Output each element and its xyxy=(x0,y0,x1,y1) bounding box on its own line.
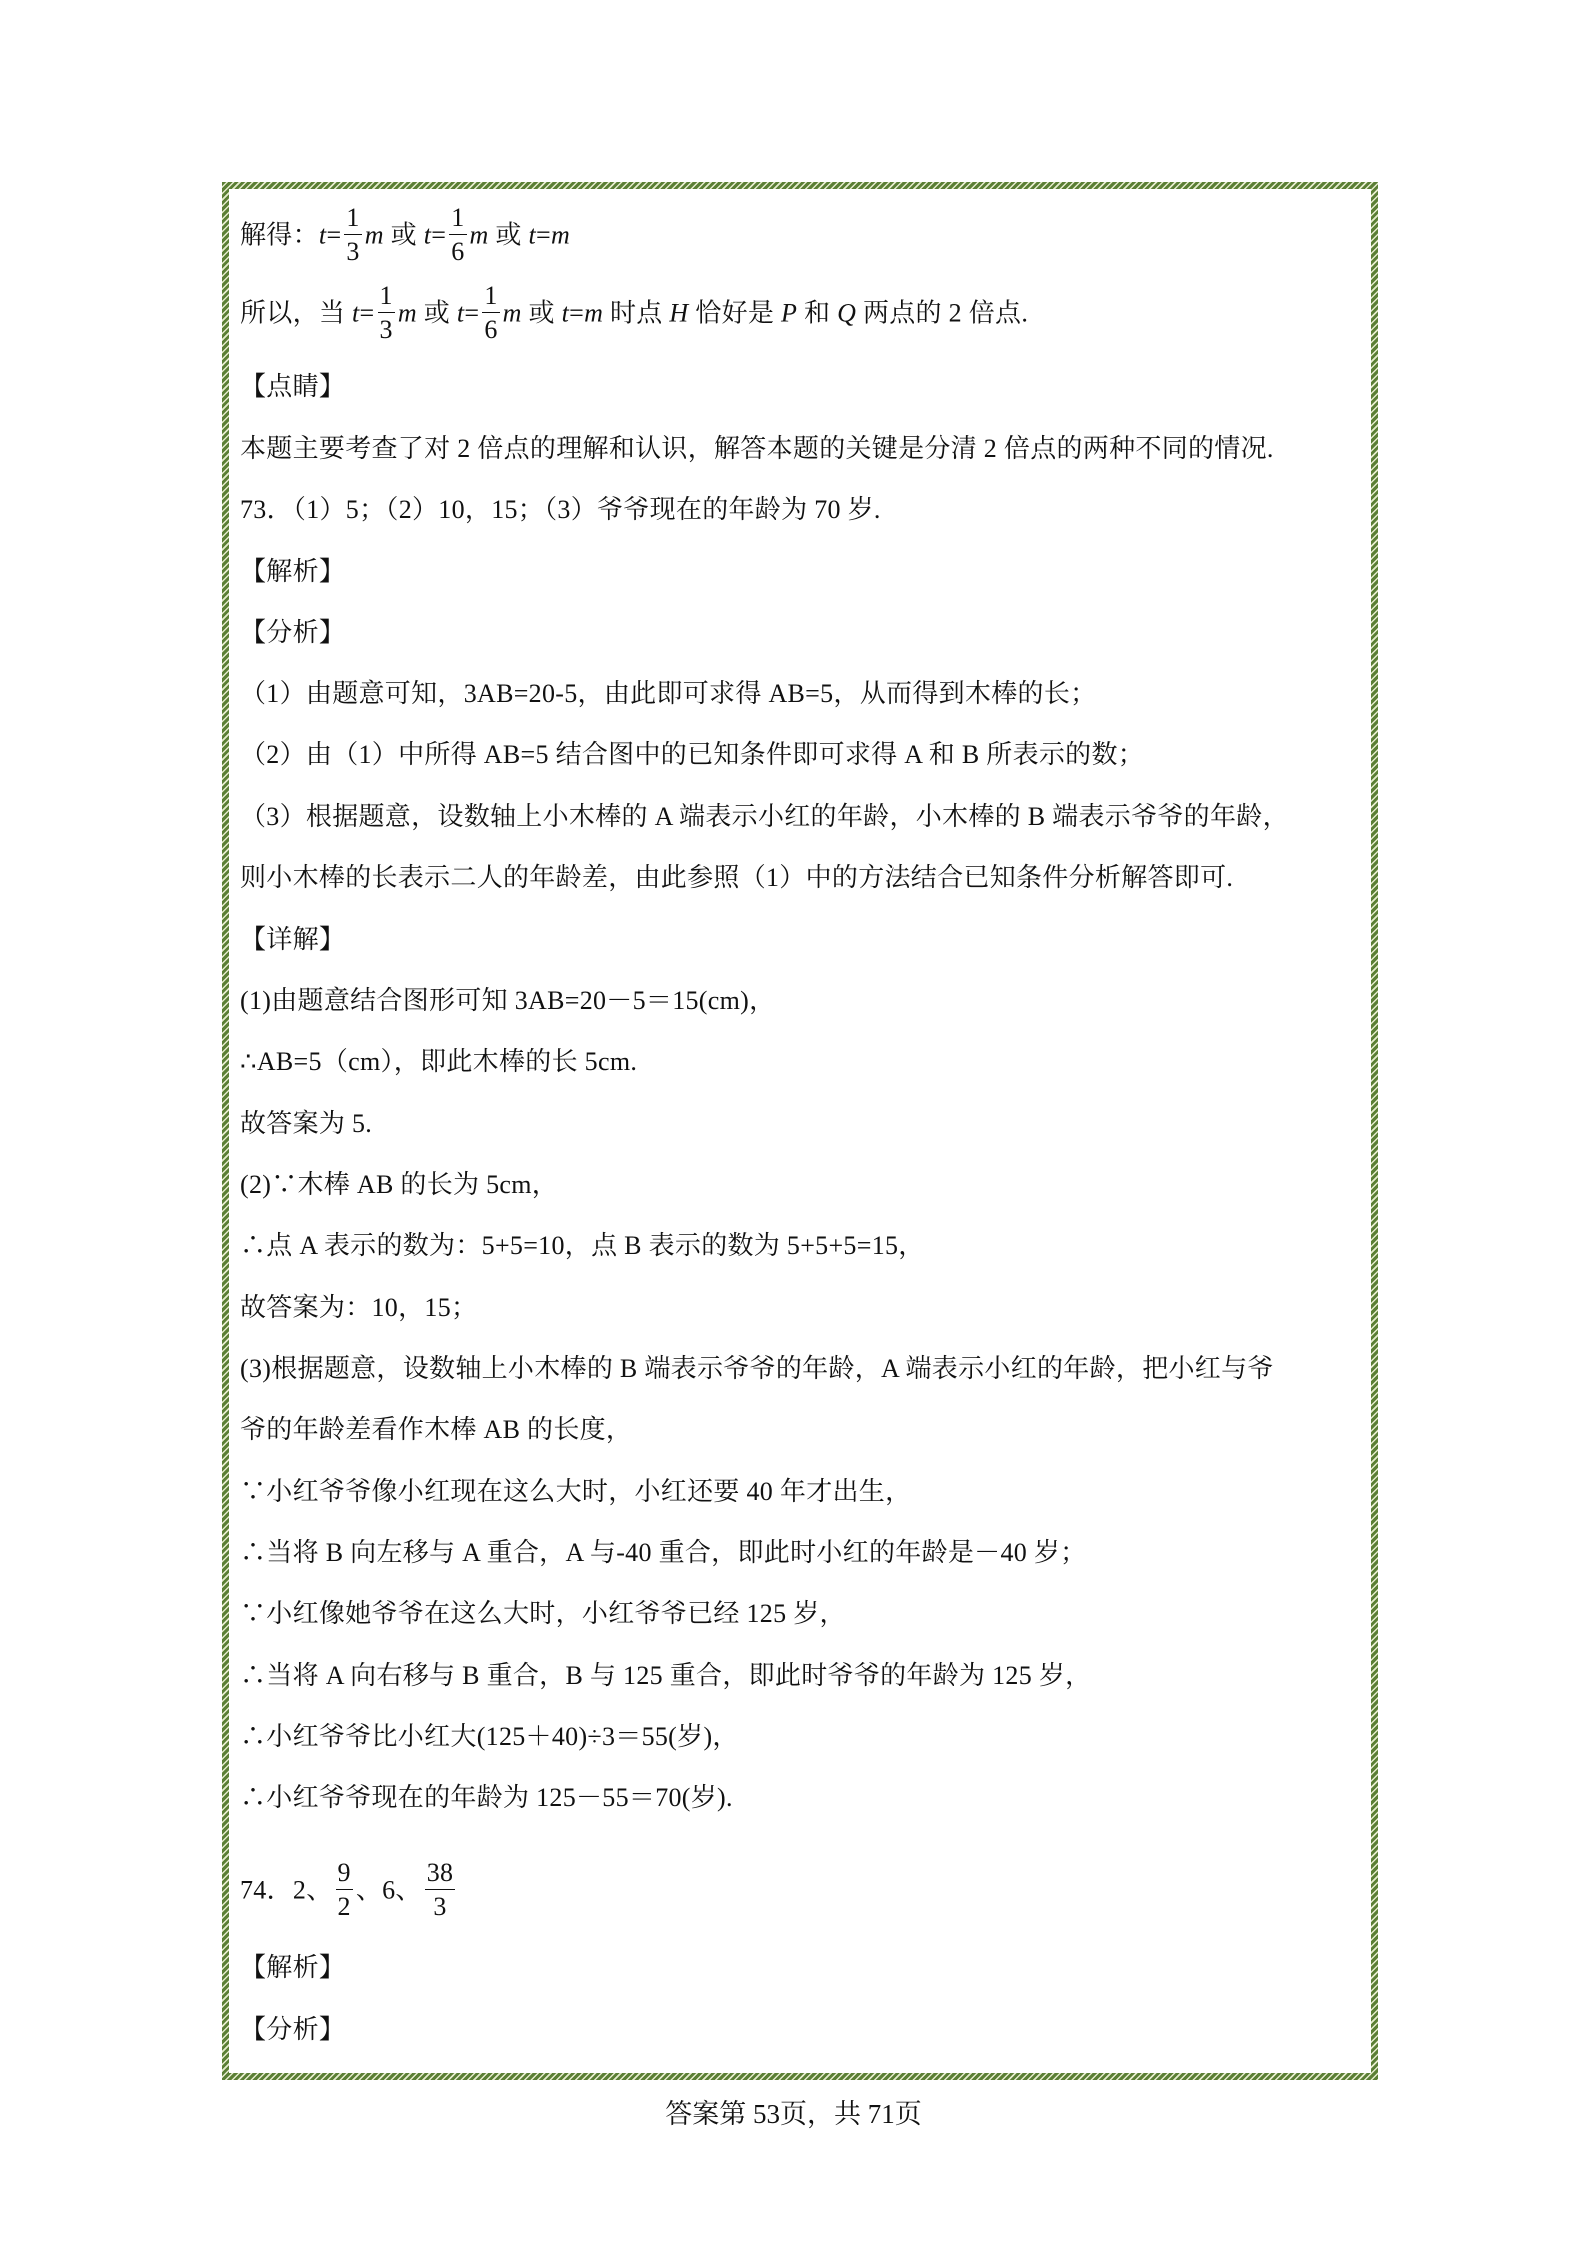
var-t: t xyxy=(529,220,537,249)
paragraph: 故答案为 5. xyxy=(240,1109,372,1139)
equals: = xyxy=(360,298,375,327)
fraction-one-third: 13 xyxy=(378,280,395,347)
paragraph: 则小木棒的长表示二人的年龄差，由此参照（1）中的方法结合已知条件分析解答即可. xyxy=(240,863,1233,893)
paragraph: (2)∵木棒 AB 的长为 5cm， xyxy=(240,1170,558,1200)
or-text: 或 xyxy=(417,298,457,327)
text: 、6、 xyxy=(356,1875,422,1904)
or-text: 或 xyxy=(384,220,424,249)
equals: = xyxy=(326,220,341,249)
or-text: 或 xyxy=(522,298,562,327)
var-P: P xyxy=(781,298,797,327)
paragraph: （2）由（1）中所得 AB=5 结合图中的已知条件即可求得 A 和 B 所表示的… xyxy=(240,740,1144,770)
section-heading-jiexi: 【解析】 xyxy=(240,1953,345,1983)
section-heading-fenxi: 【分析】 xyxy=(240,2015,345,2045)
answer-box-border: 解得：t=13m 或 t=16m 或 t=m 所以，当 t=13m 或 t=16… xyxy=(222,182,1378,2080)
equals: = xyxy=(569,298,584,327)
paragraph: ∴AB=5（cm），即此木棒的长 5cm. xyxy=(240,1047,637,1077)
answer-box: 解得：t=13m 或 t=16m 或 t=m 所以，当 t=13m 或 t=16… xyxy=(229,189,1371,2073)
section-heading-jiexi: 【解析】 xyxy=(240,557,345,587)
question-73-answer: 73．（1）5；（2）10，15；（3）爷爷现在的年龄为 70 岁. xyxy=(240,495,881,525)
text: 所以，当 xyxy=(240,298,352,327)
page-footer: 答案第 53页，共 71页 xyxy=(0,2092,1587,2131)
var-t: t xyxy=(562,298,570,327)
fraction-one-sixth: 16 xyxy=(449,202,466,269)
var-m: m xyxy=(551,220,570,249)
section-heading-xiangjie: 【详解】 xyxy=(240,925,345,955)
paragraph: 故答案为：10，15； xyxy=(240,1293,477,1323)
equals: = xyxy=(464,298,479,327)
var-Q: Q xyxy=(837,298,856,327)
var-m: m xyxy=(584,298,603,327)
paragraph: ∵小红像她爷爷在这么大时，小红爷爷已经 125 岁， xyxy=(240,1599,846,1629)
var-m: m xyxy=(470,220,489,249)
var-m: m xyxy=(365,220,384,249)
solution-result-line: 解得：t=13m 或 t=16m 或 t=m xyxy=(240,204,570,271)
var-t: t xyxy=(352,298,360,327)
paragraph: ∴小红爷爷比小红大(125＋40)÷3＝55(岁)， xyxy=(240,1722,739,1752)
paragraph: ∵小红爷爷像小红现在这么大时，小红还要 40 年才出生， xyxy=(240,1477,911,1507)
conclusion-line: 所以，当 t=13m 或 t=16m 或 t=m 时点 H 恰好是 P 和 Q … xyxy=(240,282,1028,349)
paragraph: ∴当将 B 向左移与 A 重合，A 与-40 重合，即此时小红的年龄是－40 岁… xyxy=(240,1538,1086,1568)
paragraph: 爷的年龄差看作木棒 AB 的长度， xyxy=(240,1415,632,1445)
var-H: H xyxy=(669,298,688,327)
fraction-38-thirds: 383 xyxy=(425,1857,456,1924)
fraction-one-third: 13 xyxy=(344,202,361,269)
section-heading-fenxi: 【分析】 xyxy=(240,618,345,648)
var-m: m xyxy=(503,298,522,327)
section-heading-dianjing: 【点睛】 xyxy=(240,372,345,402)
paragraph: (3)根据题意，设数轴上小木棒的 B 端表示爷爷的年龄，A 端表示小红的年龄，把… xyxy=(240,1354,1274,1384)
fraction-one-sixth: 16 xyxy=(482,280,499,347)
text: 和 xyxy=(797,298,837,327)
question-74-answer: 74．2、92、6、383 xyxy=(240,1859,458,1926)
paragraph: ∴点 A 表示的数为：5+5=10，点 B 表示的数为 5+5+5=15， xyxy=(240,1231,925,1261)
paragraph: ∴小红爷爷现在的年龄为 125－55＝70(岁). xyxy=(240,1783,733,1813)
equals: = xyxy=(536,220,551,249)
equals: = xyxy=(431,220,446,249)
fraction-nine-halves: 92 xyxy=(336,1857,353,1924)
paragraph: ∴当将 A 向右移与 B 重合，B 与 125 重合，即此时爷爷的年龄为 125… xyxy=(240,1661,1091,1691)
paragraph: (1)由题意结合图形可知 3AB=20－5＝15(cm)， xyxy=(240,986,775,1016)
paragraph: （3）根据题意，设数轴上小木棒的 A 端表示小红的年龄，小木棒的 B 端表示爷爷… xyxy=(240,802,1289,832)
text: 74．2、 xyxy=(240,1875,333,1904)
var-m: m xyxy=(398,298,417,327)
or-text: 或 xyxy=(489,220,529,249)
text: 时点 xyxy=(603,298,669,327)
paragraph: 本题主要考查了对 2 倍点的理解和认识，解答本题的关键是分清 2 倍点的两种不同… xyxy=(240,434,1274,464)
text: 恰好是 xyxy=(688,298,781,327)
text: 两点的 2 倍点. xyxy=(856,298,1028,327)
label-solved: 解得： xyxy=(240,220,319,249)
paragraph: （1）由题意可知，3AB=20-5，由此即可求得 AB=5，从而得到木棒的长； xyxy=(240,679,1096,709)
